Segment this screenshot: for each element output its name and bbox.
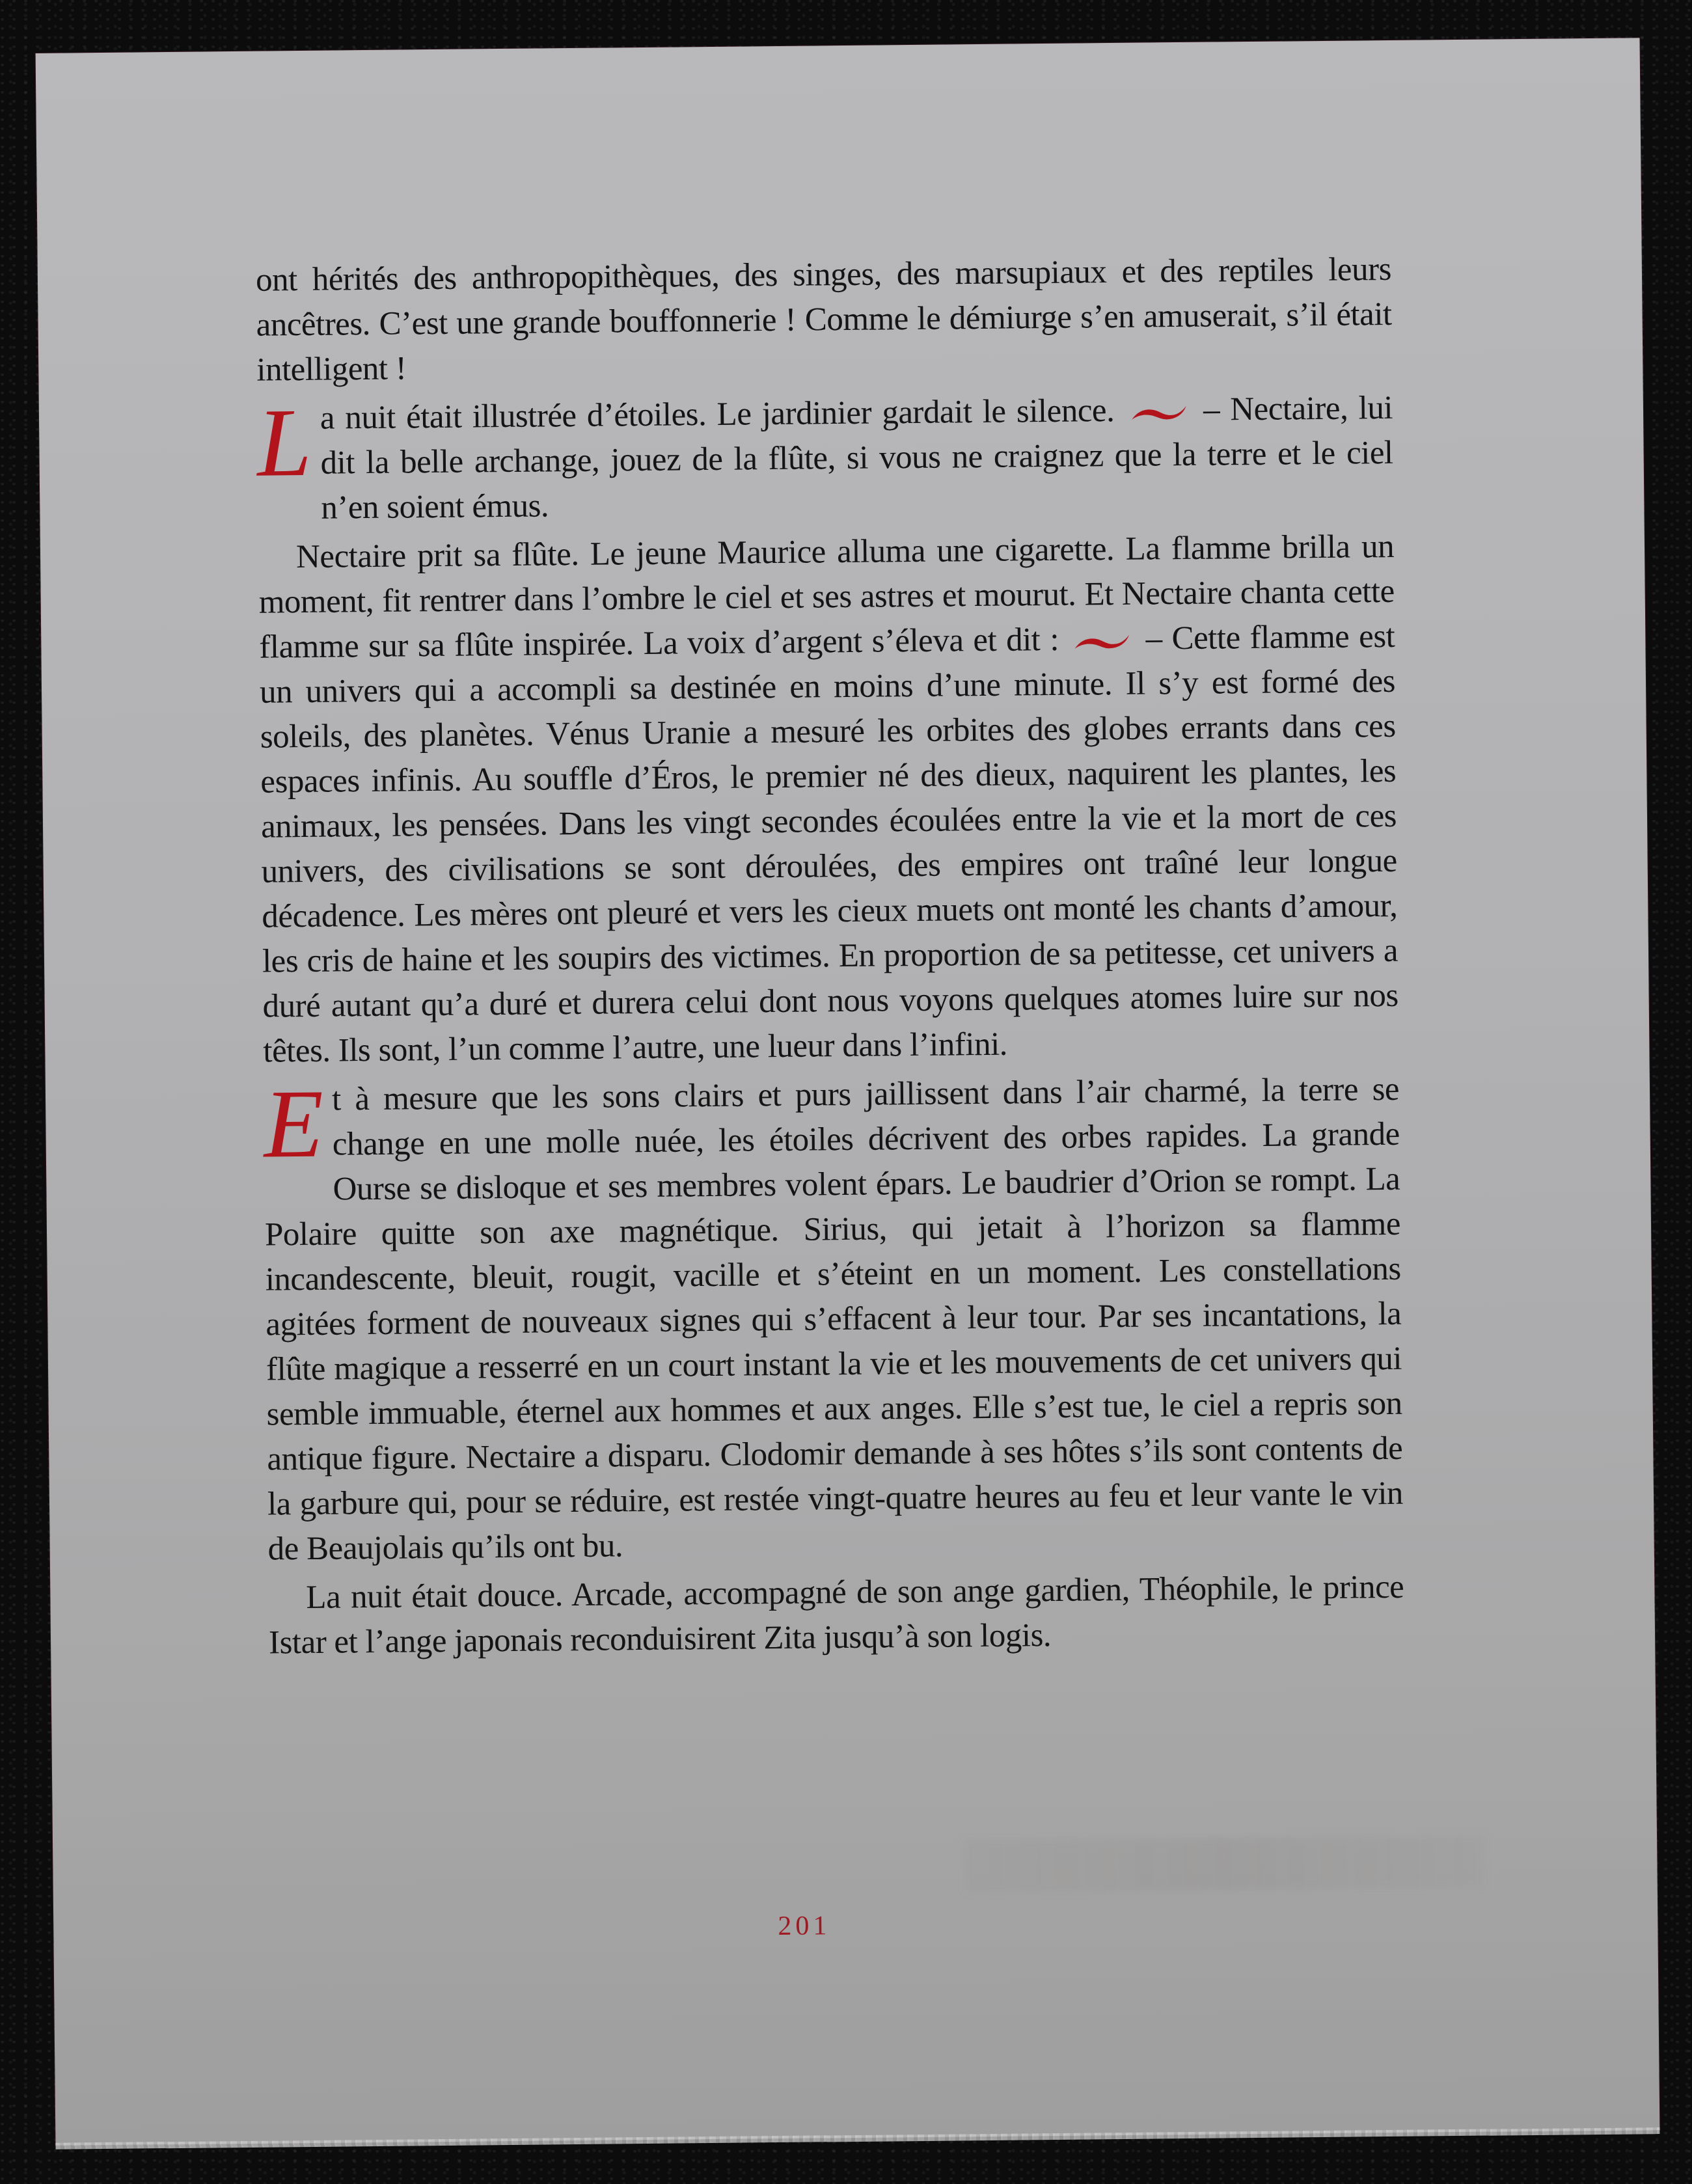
- body-text: ont hérités des anthropopithèques, des s…: [256, 247, 1405, 1666]
- paragraph-la-nuit-douce: La nuit était douce. Arcade, accompagné …: [268, 1565, 1404, 1666]
- red-tilde-ornament-icon: [1072, 631, 1132, 653]
- page-number: 201: [778, 1910, 830, 1942]
- paragraph-text: La nuit était douce. Arcade, accompagné …: [269, 1569, 1404, 1661]
- paragraph-nectaire: Nectaire prit sa flûte. Le jeune Maurice…: [258, 525, 1399, 1074]
- paragraph-text: t à mesure que les sons clairs et purs j…: [265, 1071, 1403, 1568]
- drop-cap-letter: E: [264, 1082, 323, 1169]
- ink-show-through: [964, 1836, 1485, 1893]
- drop-cap-letter: L: [257, 400, 312, 488]
- red-tilde-ornament-icon: [1129, 402, 1189, 424]
- paragraph-continuation: ont hérités des anthropopithèques, des s…: [256, 247, 1393, 393]
- book-page: ont hérités des anthropopithèques, des s…: [36, 38, 1660, 2146]
- paragraph-et-a-mesure: E t à mesure que les sons clairs et purs…: [264, 1067, 1404, 1572]
- paragraph-text: ont hérités des anthropopithèques, des s…: [256, 251, 1392, 389]
- paragraph-text: a nuit était illustrée d’étoiles. Le jar…: [320, 392, 1115, 437]
- paragraph-text: – Cette flamme est un univers qui a acco…: [260, 618, 1399, 1070]
- paragraph-la-nuit: L a nuit était illustrée d’étoiles. Le j…: [257, 386, 1394, 532]
